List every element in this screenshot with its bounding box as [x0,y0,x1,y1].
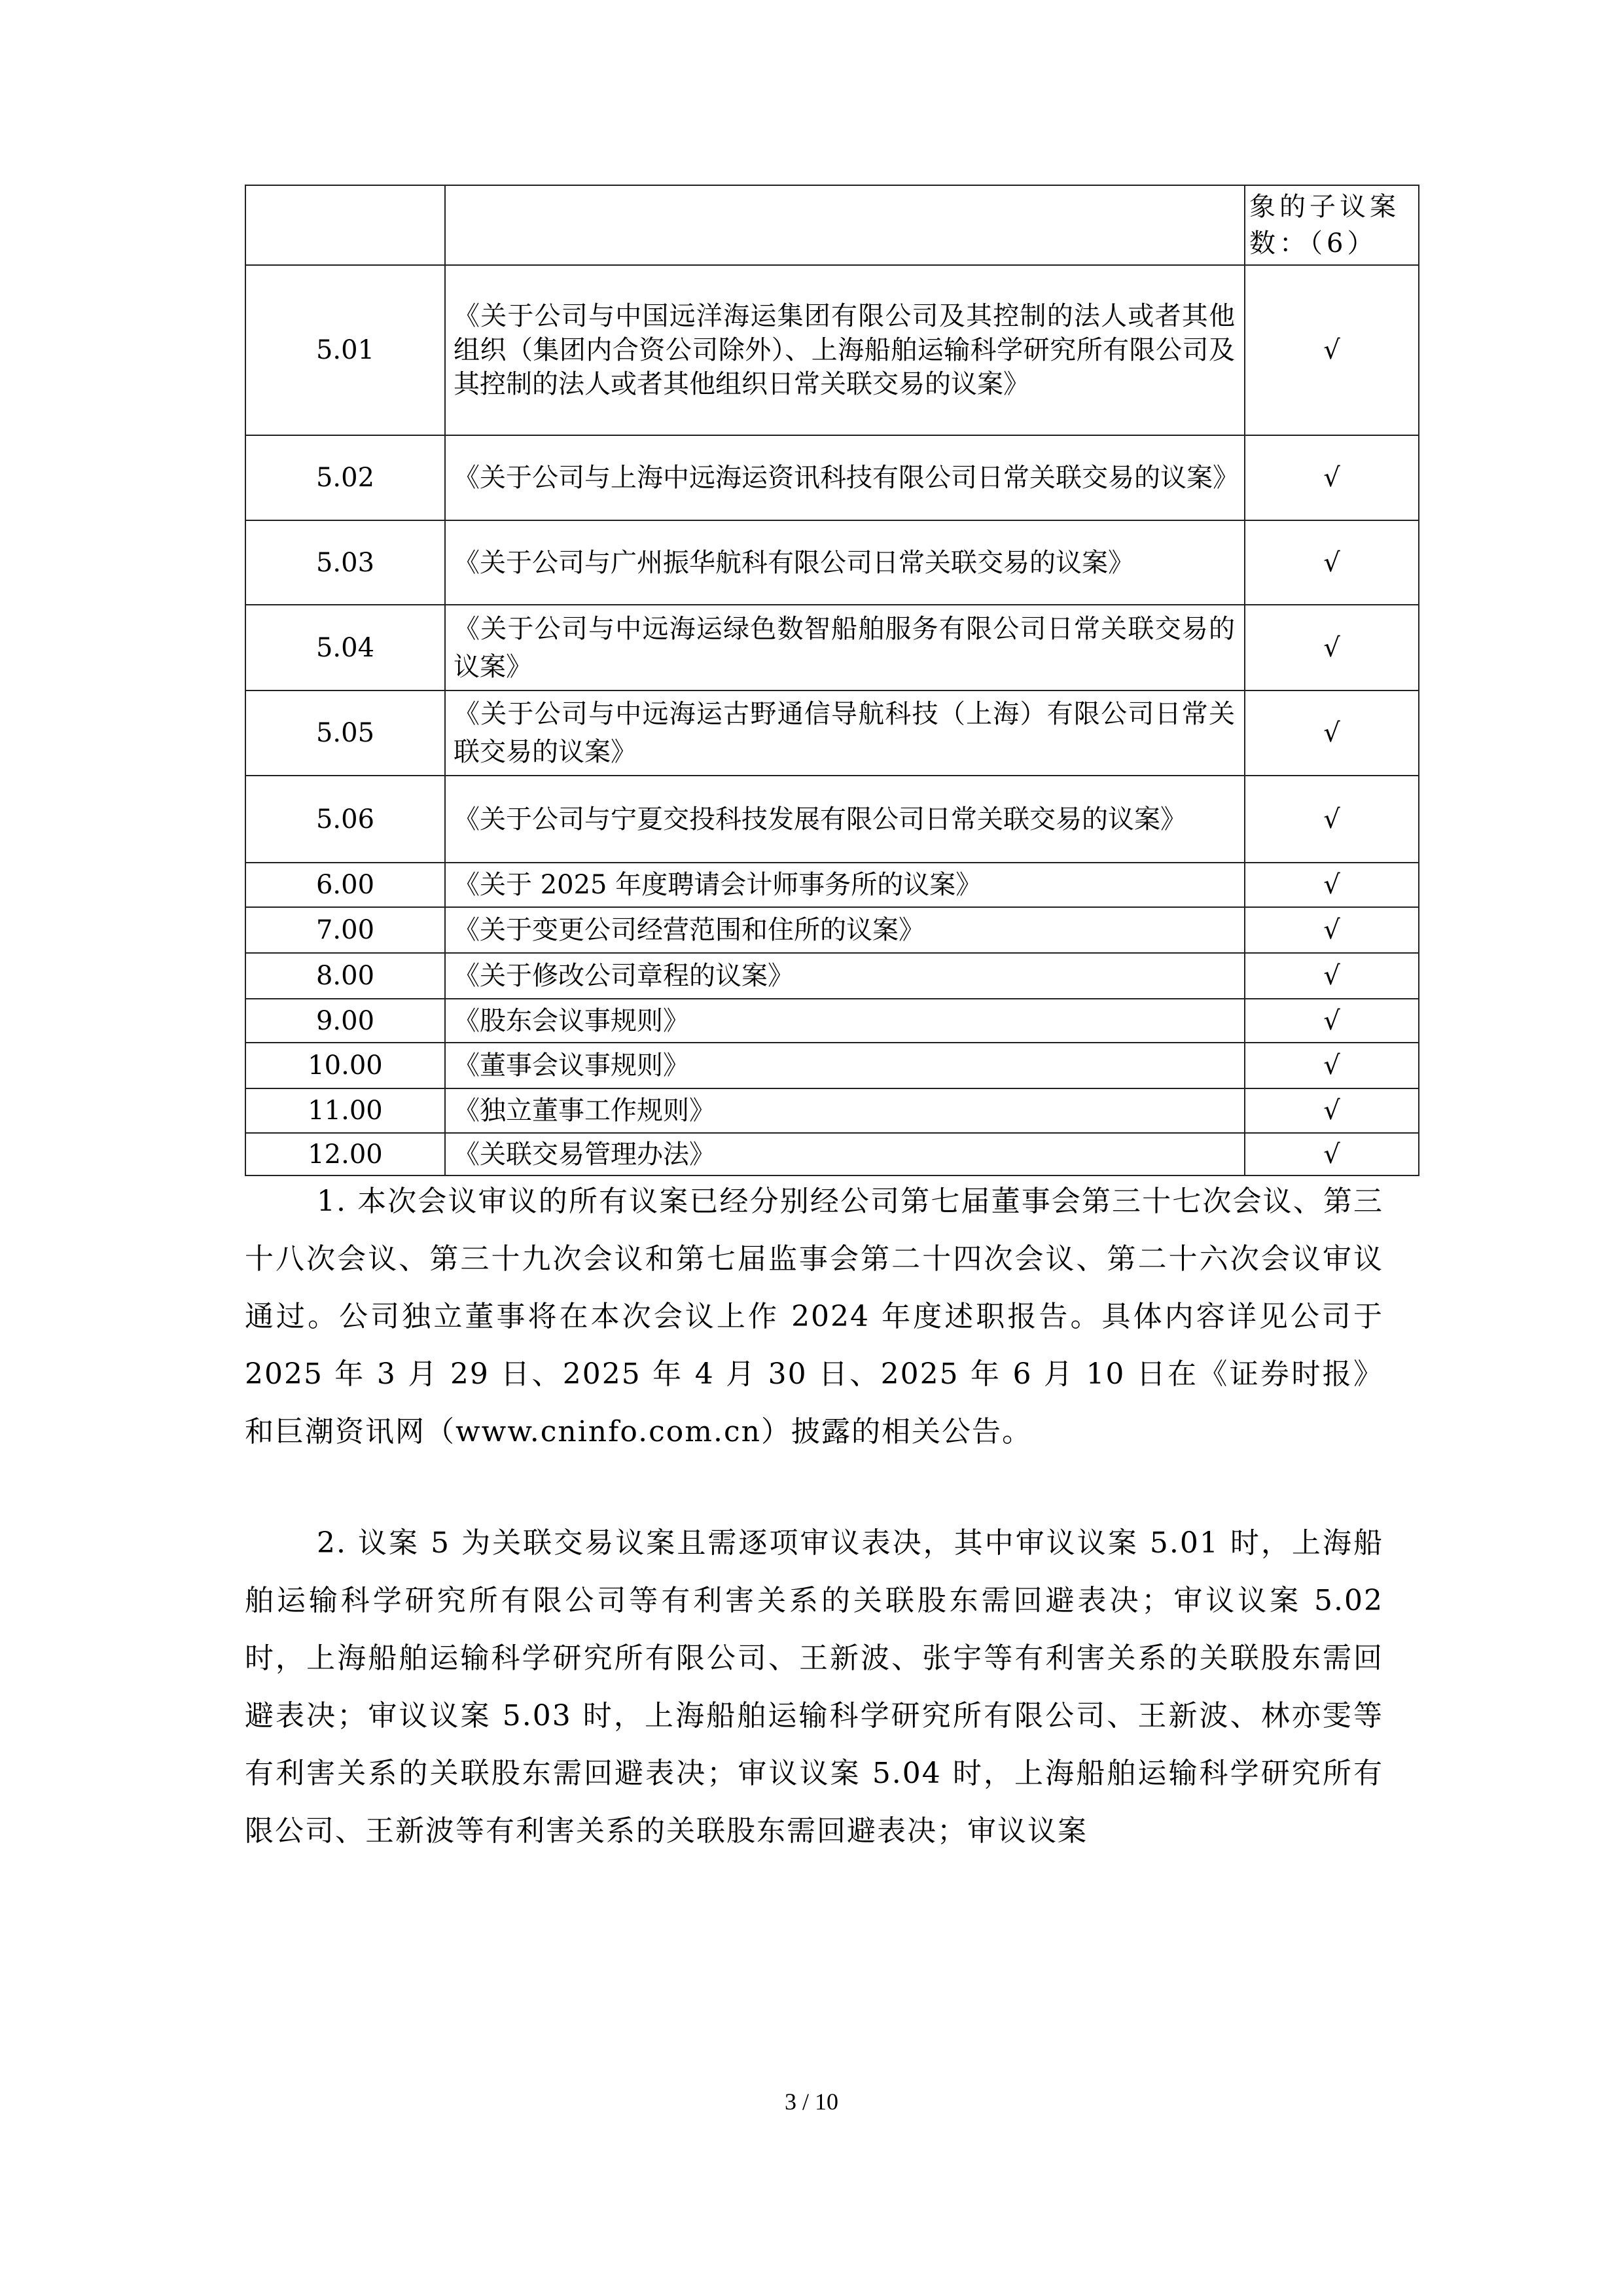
check-mark-icon: √ [1245,999,1419,1043]
table-row: 5.06 《关于公司与宁夏交投科技发展有限公司日常关联交易的议案》 √ [245,776,1419,863]
check-mark-icon: √ [1245,776,1419,863]
table-row: 10.00 《董事会议事规则》 √ [245,1043,1419,1088]
header-cell-subproposal-count: 象的子议案数：（6） [1245,185,1419,265]
table-row: 5.01 《关于公司与中国远洋海运集团有限公司及其控制的法人或者其他组织（集团内… [245,265,1419,435]
table-row: 8.00 《关于修改公司章程的议案》 √ [245,953,1419,999]
proposal-title: 《关于修改公司章程的议案》 [445,953,1245,999]
check-mark-icon: √ [1245,1043,1419,1088]
note-paragraph-1: 1. 本次会议审议的所有议案已经分别经公司第七届董事会第三十七次会议、第三十八次… [245,1173,1383,1461]
table-header-row: 象的子议案数：（6） [245,185,1419,265]
proposal-number: 11.00 [245,1088,445,1133]
check-mark-icon: √ [1245,265,1419,435]
table-row: 7.00 《关于变更公司经营范围和住所的议案》 √ [245,907,1419,953]
proposal-number: 10.00 [245,1043,445,1088]
check-mark-icon: √ [1245,520,1419,605]
proposal-number: 5.06 [245,776,445,863]
check-mark-icon: √ [1245,435,1419,520]
proposal-title: 《独立董事工作规则》 [445,1088,1245,1133]
check-mark-icon: √ [1245,1088,1419,1133]
proposal-title: 《董事会议事规则》 [445,1043,1245,1088]
proposal-title: 《关于公司与中远海运绿色数智船舶服务有限公司日常关联交易的议案》 [445,605,1245,691]
proposal-title: 《股东会议事规则》 [445,999,1245,1043]
check-mark-icon: √ [1245,691,1419,776]
table-row: 11.00 《独立董事工作规则》 √ [245,1088,1419,1133]
table-row: 12.00 《关联交易管理办法》 √ [245,1133,1419,1175]
note-paragraph-2: 2. 议案 5 为关联交易议案且需逐项审议表决，其中审议议案 5.01 时，上海… [245,1515,1383,1860]
table-row: 5.03 《关于公司与广州振华航科有限公司日常关联交易的议案》 √ [245,520,1419,605]
page-number: 3 / 10 [0,2088,1623,2115]
table-row: 9.00 《股东会议事规则》 √ [245,999,1419,1043]
proposal-title: 《关联交易管理办法》 [445,1133,1245,1175]
proposal-title: 《关于公司与广州振华航科有限公司日常关联交易的议案》 [445,520,1245,605]
proposal-number: 9.00 [245,999,445,1043]
check-mark-icon: √ [1245,907,1419,953]
proposal-number: 12.00 [245,1133,445,1175]
proposal-title: 《关于公司与宁夏交投科技发展有限公司日常关联交易的议案》 [445,776,1245,863]
proposal-number: 7.00 [245,907,445,953]
check-mark-icon: √ [1245,863,1419,907]
check-mark-icon: √ [1245,605,1419,691]
table-row: 5.02 《关于公司与上海中远海运资讯科技有限公司日常关联交易的议案》 √ [245,435,1419,520]
check-mark-icon: √ [1245,1133,1419,1175]
proposal-title: 《关于公司与中远海运古野通信导航科技（上海）有限公司日常关联交易的议案》 [445,691,1245,776]
proposal-number: 5.04 [245,605,445,691]
proposal-number: 5.01 [245,265,445,435]
header-cell-title [445,185,1245,265]
table-row: 6.00 《关于 2025 年度聘请会计师事务所的议案》 √ [245,863,1419,907]
proposal-number: 5.03 [245,520,445,605]
proposal-number: 8.00 [245,953,445,999]
proposal-number: 5.02 [245,435,445,520]
table-row: 5.05 《关于公司与中远海运古野通信导航科技（上海）有限公司日常关联交易的议案… [245,691,1419,776]
proposal-number: 5.05 [245,691,445,776]
proposal-title: 《关于变更公司经营范围和住所的议案》 [445,907,1245,953]
header-cell-number [245,185,445,265]
proposal-title: 《关于公司与中国远洋海运集团有限公司及其控制的法人或者其他组织（集团内合资公司除… [445,265,1245,435]
check-mark-icon: √ [1245,953,1419,999]
proposal-number: 6.00 [245,863,445,907]
proposal-title: 《关于公司与上海中远海运资讯科技有限公司日常关联交易的议案》 [445,435,1245,520]
table-row: 5.04 《关于公司与中远海运绿色数智船舶服务有限公司日常关联交易的议案》 √ [245,605,1419,691]
proposal-table: 象的子议案数：（6） 5.01 《关于公司与中国远洋海运集团有限公司及其控制的法… [245,185,1419,1176]
proposal-title: 《关于 2025 年度聘请会计师事务所的议案》 [445,863,1245,907]
